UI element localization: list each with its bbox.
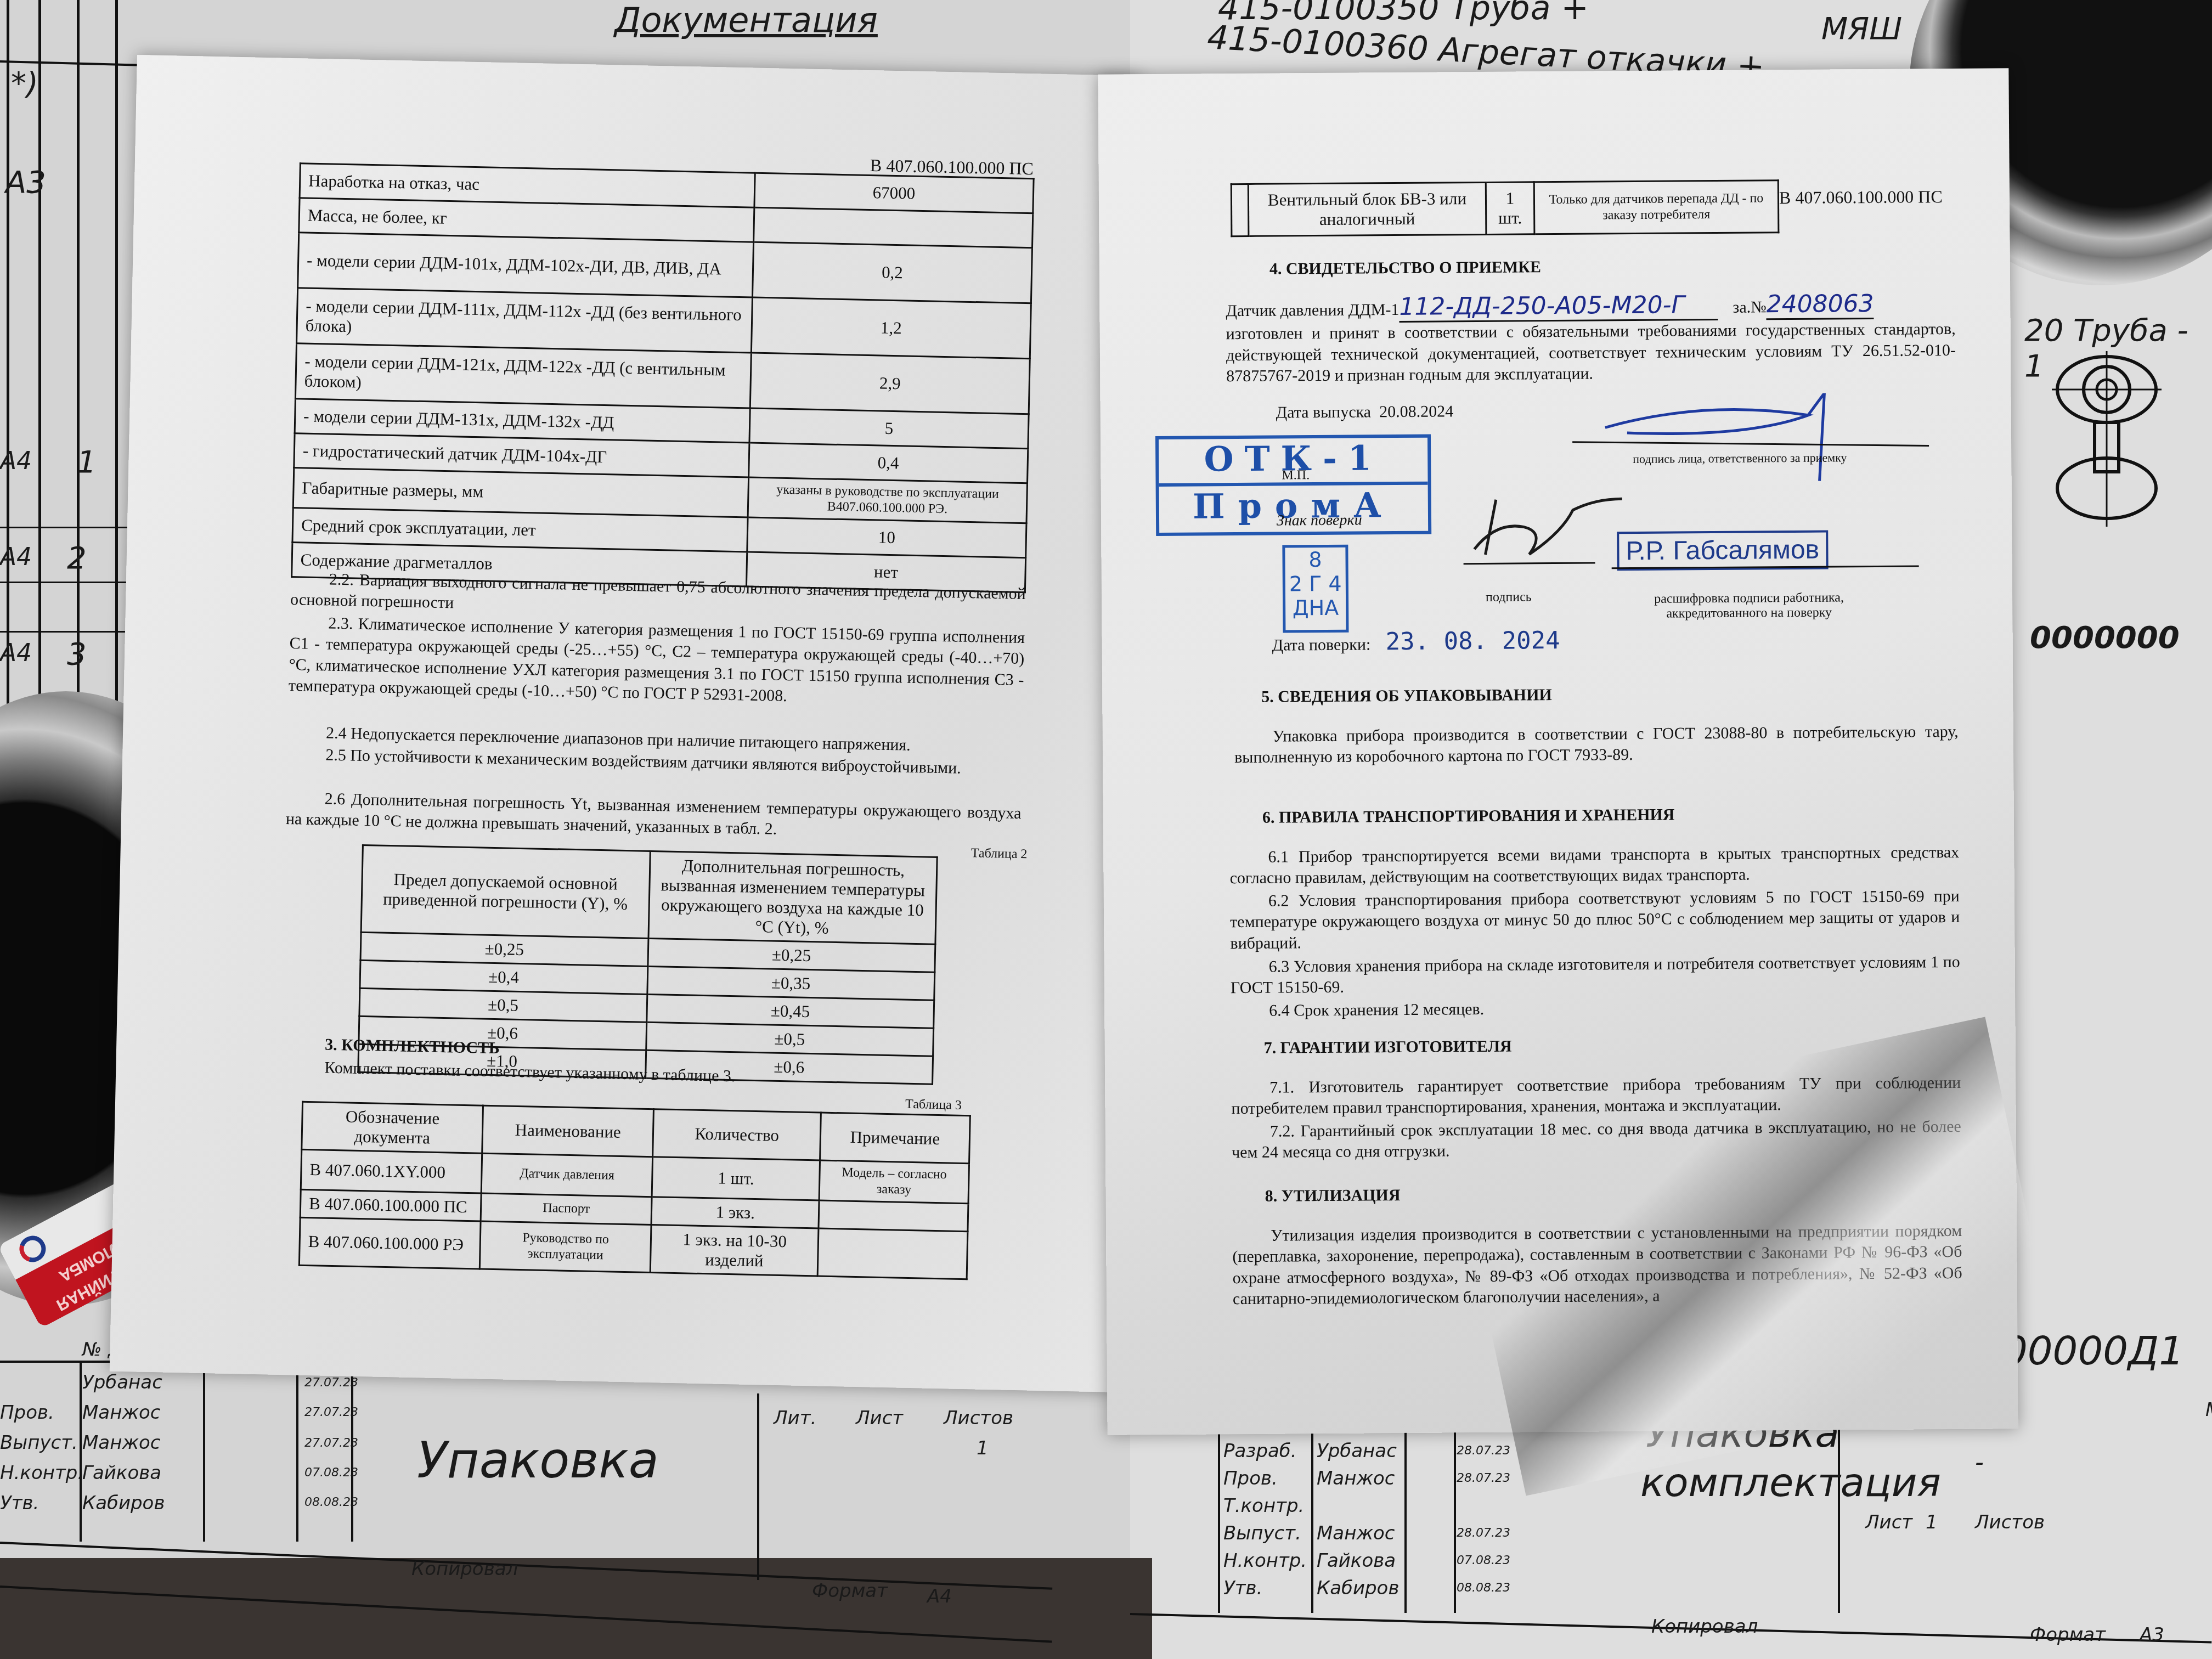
title-block-subtitle: комплектация xyxy=(1640,1459,1941,1505)
title-block-date: 27.07.23 xyxy=(304,1406,358,1419)
title-block-name: Кабиров xyxy=(82,1492,165,1514)
title-block-role: Т.контр. xyxy=(1223,1495,1304,1517)
signature-caption: подпись xyxy=(1486,590,1532,605)
table-3-header: Количество xyxy=(653,1109,821,1160)
grid-line xyxy=(115,0,118,713)
acceptance-signature xyxy=(1594,393,1880,488)
title-block-date: 28.07.23 xyxy=(1457,1526,1510,1540)
table-2-caption: Таблица 2 xyxy=(971,846,1028,862)
table-3: Обозначение документаНаименованиеКоличес… xyxy=(298,1101,971,1280)
spec-value: 0,2 xyxy=(752,242,1032,303)
spec-param: - модели серии ДДМ-111х, ДДМ-112х -ДД (б… xyxy=(297,288,753,353)
title-block-name: Кабиров xyxy=(1317,1577,1399,1599)
title-block-name: Манжос xyxy=(82,1432,161,1454)
sheets-label: Листов xyxy=(944,1407,1013,1429)
spec-param: - модели серии ДДМ-101х, ДДМ-102х-ДИ, ДВ… xyxy=(298,233,754,297)
spec-value: 67000 xyxy=(754,173,1034,213)
drawing-code: 0000000 xyxy=(2030,620,2180,656)
mp-label: М.П. xyxy=(1282,468,1310,483)
table-3-cell: Вентильный блок БВ-3 или аналогичный xyxy=(1248,182,1486,236)
spec-value: 5 xyxy=(749,408,1029,449)
title-block-role: Утв. xyxy=(0,1492,39,1514)
format-value: А3 xyxy=(2140,1624,2164,1646)
verifier-name-stamp: Р.Р. Габсалямов xyxy=(1617,531,1828,571)
table-3-header: Обозначение документа xyxy=(302,1102,483,1153)
spec-value: 1,2 xyxy=(751,297,1031,359)
title-block-role: Выпуст. xyxy=(0,1432,78,1454)
grid-line xyxy=(0,631,143,633)
release-date-label: Дата выпуска xyxy=(1276,403,1372,421)
grid-line xyxy=(77,0,80,713)
spec-value: 0,4 xyxy=(749,443,1028,483)
section-5-text: Упаковка прибора производится в соответс… xyxy=(1234,721,1959,769)
verification-mark-label: Знак поверки xyxy=(1277,511,1362,529)
sensor-model-handwritten: 112-ДД-250-А05-М20-Г xyxy=(1399,291,1718,323)
acceptance-paragraph: Датчик давления ДДМ-1112-ДД-250-А05-М20-… xyxy=(1226,288,1956,387)
verification-date-line: Дата поверки: 23. 08. 2024 xyxy=(1272,625,1560,658)
spec-param: - модели серии ДДМ-121х, ДДМ-122х -ДД (с… xyxy=(295,343,751,408)
section-3-title: 3. КОМПЛЕКТНОСТЬ xyxy=(325,1036,500,1058)
paragraph-6-2: 6.2 Условия транспортирования прибора со… xyxy=(1230,886,1960,954)
title-block-name: Манжос xyxy=(82,1402,161,1424)
drawing-code: А4 xyxy=(0,543,32,571)
drawing-code: А4 xyxy=(0,639,32,667)
sheets-value: 1 xyxy=(977,1437,989,1459)
spec-value xyxy=(754,207,1033,248)
drawing-code: А4 xyxy=(0,447,32,475)
verifier-caption: расшифровка подписи работника, аккредито… xyxy=(1639,590,1859,622)
section-5-title: 5. СВЕДЕНИЯ ОБ УПАКОВЫВАНИИ xyxy=(1261,686,1552,707)
acceptance-text: изготовлен и принят в соответствии с обя… xyxy=(1226,319,1956,387)
table-3-cell: В 407.060.100.000 РЭ xyxy=(299,1217,481,1269)
paragraph-8: Утилизация изделия производится в соотве… xyxy=(1232,1221,1962,1310)
table-3-cell: Паспорт xyxy=(481,1193,652,1225)
table-3-cell: В 407.060.1XY.000 xyxy=(301,1149,482,1193)
spec-table: Наработка на отказ, час67000Масса, не бо… xyxy=(291,162,1035,592)
title-block-date: 28.07.23 xyxy=(1457,1444,1510,1458)
paragraph-7-1: 7.1. Изготовитель гарантирует соответств… xyxy=(1231,1073,1961,1120)
verif-stamp-line: 2 Г 4 xyxy=(1285,572,1346,596)
table-3-cell xyxy=(1231,184,1249,236)
paragraph-6-3: 6.3 Условия хранения прибора на складе и… xyxy=(1231,952,1961,999)
title-block-name: Манжос xyxy=(1317,1522,1395,1544)
section-4-title: 4. СВИДЕТЕЛЬСТВО О ПРИЕМКЕ xyxy=(1269,258,1541,278)
title-block-date: 08.08.23 xyxy=(1457,1581,1510,1595)
drawing-row-number: 2 xyxy=(67,540,87,576)
grid-line xyxy=(0,582,143,583)
title-block-date: 27.07.23 xyxy=(304,1436,358,1450)
order-label: за.№ xyxy=(1733,298,1767,316)
drawing-row-number: 1 xyxy=(77,444,97,480)
grid-line xyxy=(7,0,9,713)
table-3-cell: 1 шт. xyxy=(652,1157,820,1200)
table-3-cell: Датчик давления xyxy=(481,1153,653,1197)
copied-label: Копировал xyxy=(1651,1616,1758,1638)
passport-page-left: В 407.060.100.000 ПС Наработка на отказ,… xyxy=(110,55,1141,1392)
title-block-name: Манжос xyxy=(1317,1468,1395,1489)
drawing-code: 00000Д1 xyxy=(2002,1328,2184,1374)
copied-label: Копировал xyxy=(411,1558,518,1580)
sensor-prefix: Датчик давления ДДМ-1 xyxy=(1226,301,1399,320)
title-block-left: № докум. Урбанас 27.07.23 Пров. Манжос 2… xyxy=(0,1361,1125,1657)
paragraph-6-1: 6.1 Прибор транспортируется всеми видами… xyxy=(1229,842,1960,889)
table-2-header: Предел допускаемой основной приведенной … xyxy=(361,845,650,938)
scale-label: Масштаб xyxy=(2205,1399,2212,1421)
paragraph-6-4: 6.4 Срок хранения 12 месяцев. xyxy=(1231,996,1960,1022)
drawing-header: Документация xyxy=(614,0,878,40)
table-3-cell: В 407.060.100.000 ПС xyxy=(300,1189,481,1221)
table-3-cell: Только для датчиков перепада ДД - по зак… xyxy=(1534,180,1779,234)
sheet-value: 1 xyxy=(1926,1511,1938,1533)
pump-diagram-icon xyxy=(2052,351,2162,527)
drawing-row-number: 3 xyxy=(67,636,87,672)
title-block-title: Упаковка xyxy=(417,1432,659,1489)
verification-date-label: Дата поверки: xyxy=(1272,635,1371,654)
verification-date: 23. 08. 2024 xyxy=(1386,627,1560,656)
passport-page-right: В 407.060.100.000 ПС Вентильный блок БВ-… xyxy=(1098,68,2018,1435)
title-block-role: Пров. xyxy=(0,1402,54,1424)
acceptance-signature-caption: подпись лица, ответственного за приемку xyxy=(1633,450,1847,466)
title-block-role: Выпуст. xyxy=(1223,1522,1301,1544)
release-date: 20.08.2024 xyxy=(1379,402,1453,421)
table-3-cell: 1 экз. xyxy=(651,1197,819,1228)
title-block-role: Н.контр. xyxy=(0,1462,83,1484)
section-8-title: 8. УТИЛИЗАЦИЯ xyxy=(1265,1186,1401,1206)
table-3-cell xyxy=(817,1228,968,1279)
title-block-date: 08.08.23 xyxy=(304,1496,358,1509)
verif-stamp-line: 8 xyxy=(1285,548,1345,572)
verifier-signature xyxy=(1463,488,1628,566)
table-3-continued: Вентильный блок БВ-3 или аналогичный1 шт… xyxy=(1231,179,1780,237)
table-3-cell xyxy=(819,1200,968,1232)
release-date-line: Дата выпуска 20.08.2024 xyxy=(1276,401,1454,424)
drawing-corner-text: МЯШ xyxy=(1821,11,1902,47)
title-block-role: Н.контр. xyxy=(1223,1550,1307,1572)
title-block-role: Утв. xyxy=(1223,1577,1262,1599)
title-block-date: 07.08.23 xyxy=(1457,1554,1510,1567)
order-number-handwritten: 2408063 xyxy=(1767,290,1874,320)
verif-stamp-line: ДНА xyxy=(1285,596,1346,620)
table-3-cell: 1 шт. xyxy=(1486,182,1534,235)
sheets-label: Листов xyxy=(1975,1511,2045,1533)
grid-line xyxy=(38,0,41,713)
drawing-code: *) xyxy=(11,66,38,101)
seal-logo-icon xyxy=(15,1231,50,1267)
lit-label: Лит. xyxy=(774,1407,816,1429)
table-3-caption: Таблица 3 xyxy=(905,1097,962,1113)
table-3-cell: Руководство по эксплуатации xyxy=(479,1221,651,1273)
title-block-name: Гайкова xyxy=(82,1462,161,1484)
table-3-row: Вентильный блок БВ-3 или аналогичный1 шт… xyxy=(1231,180,1779,236)
grid-line xyxy=(0,527,143,528)
table-3-cell: 1 экз. на 10-30 изделий xyxy=(651,1224,819,1276)
table-3-header: Наименование xyxy=(482,1105,654,1157)
paragraph-2-6: 2.6 Дополнительная погрешность Yt, вызва… xyxy=(285,788,1021,845)
spec-value: 2,9 xyxy=(750,353,1030,414)
mass-value: - xyxy=(1975,1448,1984,1476)
table-2-header: Дополнительная погрешность, вызванная из… xyxy=(648,851,937,944)
title-block-date: 27.07.23 xyxy=(304,1376,358,1390)
title-block-name: Урбанас xyxy=(1317,1440,1397,1462)
title-block-date: 28.07.23 xyxy=(1457,1471,1510,1485)
sheet-label: Лист xyxy=(1865,1511,1912,1533)
paragraph-7-2: 7.2. Гарантийный срок эксплуатации 18 ме… xyxy=(1232,1116,1962,1164)
title-block-name: Гайкова xyxy=(1317,1550,1396,1572)
spec-value: 10 xyxy=(747,517,1026,558)
format-label: Формат xyxy=(2030,1624,2106,1646)
title-block-name: Урбанас xyxy=(82,1372,162,1393)
title-block-date: 07.08.23 xyxy=(304,1466,358,1480)
section-6-title: 6. ПРАВИЛА ТРАНСПОРТИРОВАНИЯ И ХРАНЕНИЯ xyxy=(1262,806,1675,827)
table-3-cell: Модель – согласно заказу xyxy=(819,1160,969,1203)
format-value: А4 xyxy=(927,1585,952,1607)
sheet-label: Лист xyxy=(856,1407,903,1429)
title-block-role: Пров. xyxy=(1223,1468,1278,1489)
spec-value: указаны в руководстве по эксплуатации В4… xyxy=(748,477,1027,523)
table-3-header: Примечание xyxy=(820,1113,970,1164)
section-7-title: 7. ГАРАНТИИ ИЗГОТОВИТЕЛЯ xyxy=(1264,1037,1512,1058)
format-label: Формат xyxy=(812,1580,888,1602)
verification-stamp: 8 2 Г 4 ДНА xyxy=(1282,545,1348,633)
drawing-code: А3 xyxy=(5,165,46,200)
title-block-role: Разраб. xyxy=(1223,1440,1297,1462)
paragraph-2-3: 2.3. Климатическое исполнение У категори… xyxy=(289,612,1025,712)
document-code: В 407.060.100.000 ПС xyxy=(1779,187,1943,208)
